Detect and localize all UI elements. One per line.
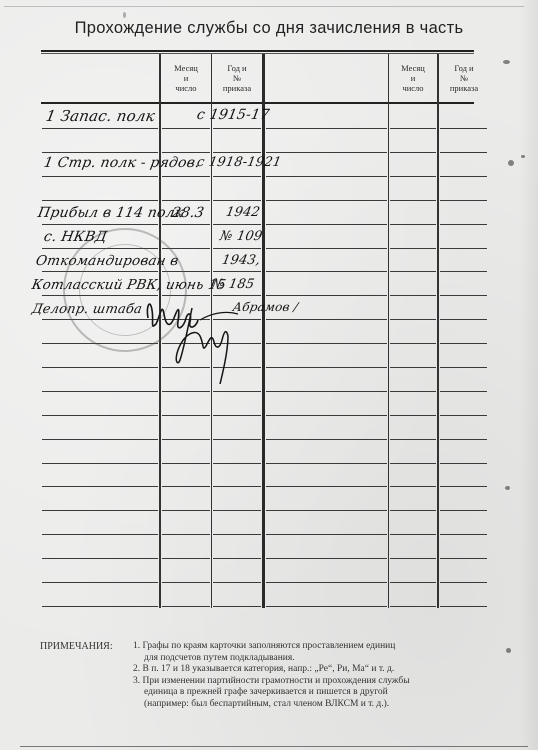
col-divider [437,54,439,608]
table-ruling [440,534,487,535]
table-ruling [440,510,487,511]
table-ruling [162,582,210,583]
table-ruling [266,391,387,392]
table-ruling [162,152,210,153]
table-ruling [440,248,487,249]
table-ruling [213,582,261,583]
table-ruling [440,200,487,201]
page-title: Прохождение службы со дня зачисления в ч… [0,19,538,38]
table-ruling [42,128,158,129]
table-ruling [390,606,436,607]
table-ruling [42,582,158,583]
notes-list: 1. Графы по краям карточки заполняются п… [133,641,493,710]
table-ruling [266,319,387,320]
table-ruling [42,534,158,535]
table-ruling [213,176,261,177]
header-right-order: Год и № приказа [439,63,489,93]
notes-label: ПРИМЕЧАНИЯ: [40,641,113,653]
table-ruling [162,224,210,225]
table-ruling [266,463,387,464]
entry-3-description: Прибыл в 114 полк [37,205,185,221]
table-ruling [390,534,436,535]
table-ruling [213,415,261,416]
table-top-rule-thin [41,53,474,54]
table-ruling [390,415,436,416]
table-ruling [440,439,487,440]
table-ruling [162,486,210,487]
table-ruling [390,367,436,368]
table-ruling [266,200,387,201]
table-ruling [390,176,436,177]
table-ruling [213,606,261,607]
paper-edge-top [4,6,524,7]
table-ruling [213,510,261,511]
table-ruling [440,271,487,272]
table-ruling [440,391,487,392]
table-ruling [390,224,436,225]
table-ruling [213,271,261,272]
header-left-order: Год и № приказа [212,63,262,93]
entry-3-date: 28.3 [171,205,206,221]
table-ruling [390,200,436,201]
table-ruling [266,582,387,583]
table-ruling [266,271,387,272]
paper-speck [521,155,525,158]
table-ruling [440,606,487,607]
header-left-date: Месяц и число [161,63,211,93]
table-ruling [213,534,261,535]
table-top-rule [41,50,474,52]
entry-4-description: с. НКВД [43,229,109,245]
table-ruling [440,463,487,464]
table-ruling [42,486,158,487]
entry-2-order: с 1918-1921 [196,155,283,170]
paper-edge-shadow [520,0,538,750]
table-ruling [42,152,158,153]
table-ruling [440,224,487,225]
paper-speck [503,60,510,64]
table-ruling [390,582,436,583]
table-ruling [162,391,210,392]
table-ruling [390,391,436,392]
entry-4-order: № 109 [219,229,264,244]
table-ruling [440,367,487,368]
table-ruling [213,152,261,153]
table-ruling [266,224,387,225]
note-3: 3. При изменении партийности грамотности… [133,676,493,688]
table-ruling [213,558,261,559]
table-ruling [440,295,487,296]
table-ruling [162,439,210,440]
table-ruling [42,200,158,201]
table-ruling [213,248,261,249]
note-1: 1. Графы по краям карточки заполняются п… [133,641,493,653]
table-ruling [266,486,387,487]
paper-speck [505,486,510,490]
table-ruling [266,415,387,416]
entry-5-order: 1943, [221,253,262,268]
entry-7-description: Делопр. штаба [31,302,144,317]
entry-3-order: 1942 [225,205,262,220]
table-ruling [42,510,158,511]
table-ruling [440,319,487,320]
table-ruling [440,582,487,583]
table-ruling [162,200,210,201]
table-ruling [42,415,158,416]
paper-speck [506,648,511,653]
table-ruling [390,486,436,487]
table-ruling [162,606,210,607]
table-ruling [266,606,387,607]
table-ruling [42,463,158,464]
table-ruling [162,415,210,416]
table-ruling [390,319,436,320]
table-ruling [390,463,436,464]
table-ruling [440,152,487,153]
table-ruling [440,176,487,177]
table-ruling [213,439,261,440]
note-3-cont: единица в прежней графе зачеркивается и … [133,687,493,699]
table-ruling [162,510,210,511]
table-ruling [266,248,387,249]
table-ruling [390,510,436,511]
paper-speck [508,160,514,166]
table-ruling [213,463,261,464]
note-2: 2. В п. 17 и 18 указывается категория, н… [133,664,493,676]
table-ruling [390,295,436,296]
note-3-cont2: (например: был беспартийным, стал членом… [133,699,493,711]
table-ruling [213,128,261,129]
table-ruling [390,128,436,129]
table-ruling [390,343,436,344]
col-divider-center [262,54,265,608]
table-ruling [440,558,487,559]
table-ruling [42,439,158,440]
table-ruling [266,295,387,296]
table-ruling [390,152,436,153]
table-ruling [390,558,436,559]
table-ruling [266,367,387,368]
header-right-date: Месяц и число [389,63,437,93]
table-ruling [162,558,210,559]
table-ruling [390,439,436,440]
signature [140,288,250,388]
header-bottom-rule [41,102,474,104]
table-ruling [162,534,210,535]
table-ruling [266,558,387,559]
paper-speck [123,12,126,18]
table-ruling [162,128,210,129]
note-1-cont: для подсчетов путем подкладывания. [133,653,493,665]
table-ruling [162,176,210,177]
table-ruling [390,271,436,272]
table-ruling [266,176,387,177]
entry-1-order: с 1915-17 [196,107,271,123]
col-divider [388,54,389,608]
entry-2-description: 1 Стр. полк - рядов. [43,155,202,171]
table-ruling [440,486,487,487]
table-ruling [42,558,158,559]
table-ruling [440,128,487,129]
table-ruling [440,415,487,416]
table-ruling [390,248,436,249]
table-ruling [162,463,210,464]
table-ruling [266,128,387,129]
paper-edge-bottom [20,746,528,747]
table-ruling [213,224,261,225]
table-ruling [266,343,387,344]
table-ruling [42,606,158,607]
table-ruling [213,391,261,392]
table-ruling [266,510,387,511]
entry-1-description: 1 Запас. полк [44,107,156,125]
table-ruling [213,486,261,487]
table-ruling [42,224,158,225]
table-ruling [266,152,387,153]
table-ruling [266,534,387,535]
table-ruling [42,176,158,177]
table-ruling [266,439,387,440]
service-record-card: Прохождение службы со дня зачисления в ч… [0,0,538,750]
entry-5-description: Откомандирован в [35,253,180,269]
table-ruling [440,343,487,344]
table-ruling [42,391,158,392]
table-ruling [213,200,261,201]
